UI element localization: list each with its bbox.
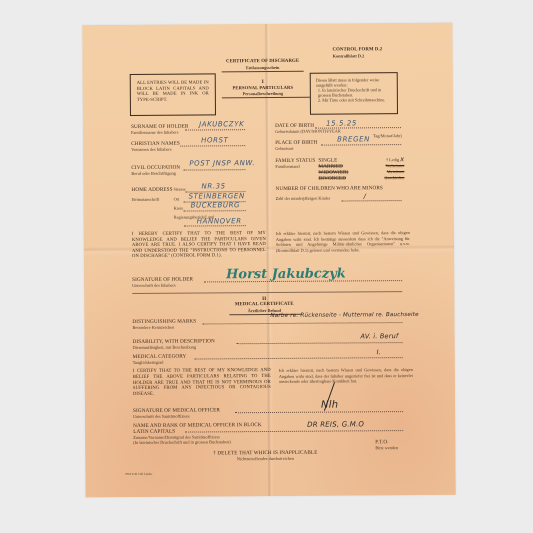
holder-signature-sublabel: Unterschrift des Inhabers <box>132 283 175 288</box>
medical-certification-en: I CERTIFY THAT TO THE BEST OF MY KNOWLED… <box>133 368 271 398</box>
kreis-label: Kreis <box>174 206 183 211</box>
medical-certification-de: Ich erkläre hiermit, nach bestem Wissen … <box>279 367 413 385</box>
place-of-birth-value[interactable]: BREGEN <box>337 135 370 143</box>
medical-category-value[interactable]: I. <box>377 348 381 356</box>
control-form-subtitle: Kontrollblatt D.2 <box>333 53 365 58</box>
family-status-options: SINGLE† Ledig x MARRIEDVerheiratet WIDOW… <box>318 157 404 182</box>
german-notice-item-2: 2. Mit Tinte oder mit Schreibmaschine. <box>316 97 392 103</box>
medical-category-sublabel: Tauglichkeitsgrad <box>133 360 164 365</box>
family-status-option[interactable]: DIVORCEDGeschieden <box>318 175 404 182</box>
christian-names-sublabel: Vornamen des Inhabers <box>131 147 171 152</box>
christian-names-value[interactable]: HORST <box>201 136 228 144</box>
home-address-label: HOME ADDRESS <box>131 187 172 193</box>
german-notice-intro: Dieses Blatt muss in folgender weise aus… <box>316 77 392 88</box>
civil-occupation-value[interactable]: POST JNSP ANW. <box>189 159 255 167</box>
children-value[interactable]: / <box>364 192 366 200</box>
holder-signature[interactable]: Horst Jakubczyk <box>226 266 346 282</box>
surname-value[interactable]: JAKUBCZYK <box>199 120 244 128</box>
pto-sublabel: Bitte wenden <box>375 445 398 450</box>
distinguishing-marks-sublabel: Besondere Kennzeichen <box>132 325 174 330</box>
german-notice: Dieses Blatt muss in folgender weise aus… <box>310 72 398 115</box>
surname-sublabel: Familienname des Inhabers <box>131 130 178 135</box>
kreis-value[interactable]: BUCKEBURG <box>191 201 241 209</box>
children-label: NUMBER OF CHILDREN WHO ARE MINORS <box>275 185 382 192</box>
section1-subtitle: Personalbeschreibung <box>217 91 309 97</box>
strasse-label: Strasse <box>173 187 185 192</box>
children-sublabel: Zahl der minderjährigen Kinder <box>276 196 331 201</box>
disability-value[interactable]: AV. i. Beruf <box>361 332 399 340</box>
home-address-sublabel: Heimatanschrift <box>132 197 160 202</box>
discharge-certificate: CONTROL FORM D.2 Kontrollblatt D.2 CERTI… <box>82 23 455 498</box>
place-of-birth-sublabel: Geburtsort <box>275 146 293 151</box>
date-of-birth-sublabel: Geburtsdatum (DAY/MONTH/YEAR <box>275 128 341 133</box>
distinguishing-marks-value[interactable]: Narbe re. Rückenseite - Muttermal re. Ba… <box>270 312 418 319</box>
certificate-subtitle: Entlassungsschein <box>208 65 318 71</box>
disability-sublabel: Dienstunfähigkeit, mit Beschreibung <box>133 345 196 350</box>
medical-officer-name[interactable]: DR REIS, G.M.O <box>307 420 364 428</box>
land-value[interactable]: HANNOVER <box>197 217 242 225</box>
date-of-birth-sublabel-de: Tag/Monat/Jahr) <box>373 133 402 138</box>
german-notice-item-1: 1. In lateinischer Druckschrift und in g… <box>316 87 392 98</box>
family-status-sublabel: Familienstand <box>275 164 299 169</box>
ort-label: Ort <box>174 197 180 202</box>
holder-certification-de: Ich erkläre hiermit, nach bestem Wissen … <box>276 230 410 253</box>
medical-officer-signature-sublabel: Unterschrift des Sanitätsoffiziers <box>133 414 190 419</box>
date-of-birth-value[interactable]: 15.5.25 <box>326 119 357 127</box>
print-code: PWI 2/36 1/46 Lindos <box>125 472 152 477</box>
medical-officer-signature[interactable]: Nlh <box>321 400 338 411</box>
footnote-de: Nichtzutreffendes durchstreichen <box>185 455 345 461</box>
civil-occupation-sublabel: Beruf oder Beschäftigung <box>131 171 175 176</box>
medical-officer-name-label: NAME AND RANK OF MEDICAL OFFICER IN BLOC… <box>133 422 263 435</box>
ort-value[interactable]: STEINBERGEN <box>189 192 245 200</box>
block-capitals-notice: ALL ENTRIES WILL BE MADE IN BLOCK LATIN … <box>130 73 216 116</box>
strasse-value[interactable]: NR.35 <box>201 182 225 190</box>
medical-officer-name-sublabel-de: (In lateinischer Druckschrift und in gro… <box>133 439 230 445</box>
holder-certification-en: I HEREBY CERTIFY THAT TO THE BEST OF MY … <box>132 231 266 260</box>
